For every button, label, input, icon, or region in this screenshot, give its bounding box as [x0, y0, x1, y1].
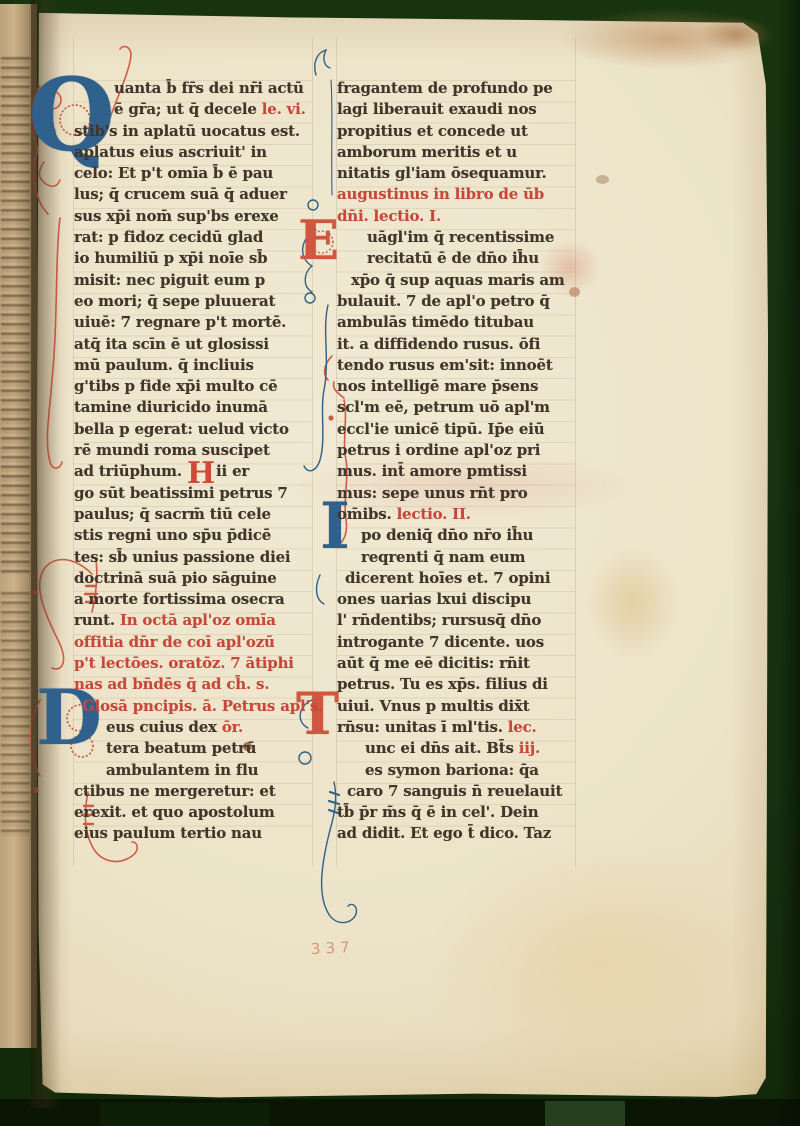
text-line: uāgl'im q̄ recentissime: [337, 227, 577, 248]
text-line: dicerent hoīes et. 7 opini: [337, 568, 577, 589]
text-line: introgante 7 dicente. uos: [337, 632, 577, 653]
book-shadow: [545, 1101, 625, 1126]
text-line: aūt q̄ me eē dicitis: rn̄it: [337, 653, 577, 674]
text-line: l' rn̄dentibs; rursusq̄ dn̄o: [337, 610, 577, 631]
text-line: mū paulum. q̄ incliuis: [74, 355, 314, 376]
body-text: tb̄ p̄r m̄s q̄ ē in cel'. Dein: [337, 803, 538, 821]
body-text: l' rn̄dentibs; rursusq̄ dn̄o: [337, 611, 541, 629]
text-line: ctibus ne mergeretur: et: [74, 781, 314, 802]
text-line: eccl'ie unicē tipū. Ip̄e eiū: [337, 419, 577, 440]
text-line: lus; q̄ crucem suā q̄ aduer: [74, 184, 314, 205]
rubric-text: In octā apl'oz omīa: [120, 611, 276, 629]
body-text: tera beatum petrū: [106, 739, 256, 757]
body-text: ad didit. Et ego t̄ dico. Taz: [337, 824, 551, 842]
body-text: aūt q̄ me eē dicitis: rn̄it: [337, 654, 530, 672]
text-line: ambulantem in flu: [74, 760, 314, 781]
text-line: po deniq̄ dn̄o nr̄o ih̄u: [337, 525, 577, 546]
body-text: ctibus ne mergeretur: et: [74, 782, 275, 800]
text-line: paulus; q̄ sacrm̄ tiū cele: [74, 504, 314, 525]
text-line: atq̄ ita scīn ē ut glosissi: [74, 334, 314, 355]
body-text: aplatus eius ascriuit' in: [74, 143, 267, 161]
body-text: ē gr̄a; ut q̄ decele: [114, 100, 262, 118]
text-line: doctrinā suā pio sāguine: [74, 568, 314, 589]
text-line: recitatū ē de dn̄o ih̄u: [337, 248, 577, 269]
body-text: runt.: [74, 611, 120, 629]
body-text: om̄ibs.: [337, 505, 397, 523]
text-line: dn̄i. lectio. I.: [337, 206, 577, 227]
rubric-text: nas ad bn̄dēs q̄ ad ch̄. s.: [74, 675, 269, 693]
text-line: lagi liberauit exaudi nos: [337, 99, 577, 120]
text-line: fragantem de profundo pe: [337, 78, 577, 99]
facing-page-text-showthrough: [1, 54, 30, 574]
body-text: ambulās timēdo titubau: [337, 313, 534, 331]
body-text: petrus. Tu es xp̄s. filius di: [337, 675, 548, 693]
text-line: tb̄ p̄r m̄s q̄ ē in cel'. Dein: [337, 802, 577, 823]
body-text: dicerent hoīes et. 7 opini: [345, 569, 550, 587]
body-text: bella p egerat: uelud victo: [74, 420, 289, 438]
body-text: uāgl'im q̄ recentissime: [367, 228, 554, 246]
text-line: celo: Et p't omīa b̄ ē pau: [74, 163, 314, 184]
body-text: eius paulum tertio nau: [74, 824, 262, 842]
body-text: mū paulum. q̄ incliuis: [74, 356, 254, 374]
text-line: eius paulum tertio nau: [74, 823, 314, 844]
rubric-text: offitia dn̄r de coī apl'ozū: [74, 633, 275, 651]
body-text: uanta b̄ fr̄s dei nr̄i actū: [114, 79, 304, 97]
body-text: petrus i ordine apl'oz pri: [337, 441, 540, 459]
body-text: eus cuius dex: [106, 718, 222, 736]
body-text: ad triūphum.: [74, 462, 187, 480]
text-line: uiuē: 7 regnare p't mortē.: [74, 312, 314, 333]
body-text: a morte fortissima osecra: [74, 590, 285, 608]
rubric-text: p't lectōes. oratōz. 7 ātiphi: [74, 654, 294, 672]
body-text: introgante 7 dicente. uos: [337, 633, 544, 651]
body-text: rē mundi roma suscipet: [74, 441, 270, 459]
rubric-text: le. vi.: [262, 100, 306, 118]
body-text: atq̄ ita scīn ē ut glosissi: [74, 335, 269, 353]
text-line: aplatus eius ascriuit' in: [74, 142, 314, 163]
body-text: erexit. et quo apostolum: [74, 803, 275, 821]
text-line: amborum meritis et u: [337, 142, 577, 163]
body-text: mus: sepe unus rn̄t pro: [337, 484, 528, 502]
text-line: eo mori; q̄ sepe pluuerat: [74, 291, 314, 312]
body-text: tamine diuricido inumā: [74, 398, 268, 416]
body-text: celo: Et p't omīa b̄ ē pau: [74, 164, 273, 182]
body-text: fragantem de profundo pe: [337, 79, 553, 97]
text-line: unc ei dn̄s ait. Bt̄s iij.: [337, 738, 577, 759]
text-line: rn̄su: unitas ī ml'tis. lec.: [337, 717, 577, 738]
body-text: caro 7 sanguis n̄ reuelauit: [347, 782, 562, 800]
body-text: nos intelligē mare p̄sens: [337, 377, 538, 395]
text-column-left: uanta b̄ fr̄s dei nr̄i actūē gr̄a; ut q̄…: [74, 78, 314, 845]
text-line: misit: nec piguit eum p: [74, 270, 314, 291]
body-text: stib's in aplatū uocatus est.: [74, 122, 300, 140]
text-line: bella p egerat: uelud victo: [74, 419, 314, 440]
text-line: nas ad bn̄dēs q̄ ad ch̄. s.: [74, 674, 314, 695]
body-text: propitius et concede ut: [337, 122, 528, 140]
body-text: unc ei dn̄s ait. Bt̄s: [365, 739, 519, 757]
body-text: tendo rusus em'sit: innoēt: [337, 356, 553, 374]
rubric-text: augustinus in libro de ūb: [337, 185, 544, 203]
text-line: ad triūphum. Hii er: [74, 461, 314, 482]
rubric-text: lec.: [508, 718, 537, 736]
text-line: uanta b̄ fr̄s dei nr̄i actū: [74, 78, 314, 99]
text-line: es symon bariona: q̄a: [337, 760, 577, 781]
text-line: offitia dn̄r de coī apl'ozū: [74, 632, 314, 653]
body-text: mus. int̄ amore pmtissi: [337, 462, 527, 480]
body-text: reqrenti q̄ nam eum: [361, 548, 525, 566]
body-text: eo mori; q̄ sepe pluuerat: [74, 292, 275, 310]
body-text: rat: p fidoz cecidū glad: [74, 228, 263, 246]
body-text: sus xp̄i nom̄ sup'bs erexe: [74, 207, 279, 225]
text-line: petrus i ordine apl'oz pri: [337, 440, 577, 461]
body-text: po deniq̄ dn̄o nr̄o ih̄u: [361, 526, 533, 544]
text-line: stis regni uno sp̄u p̄dicē: [74, 525, 314, 546]
body-text: uiuē: 7 regnare p't mortē.: [74, 313, 286, 331]
text-line: ad didit. Et ego t̄ dico. Taz: [337, 823, 577, 844]
text-line: caro 7 sanguis n̄ reuelauit: [337, 781, 577, 802]
text-line: reqrenti q̄ nam eum: [337, 547, 577, 568]
rubric-text: lectio. II.: [397, 505, 471, 523]
text-line: scl'm eē, petrum uō apl'm: [337, 397, 577, 418]
body-text: g'tibs p fide xp̄i multo cē: [74, 377, 277, 395]
rubric-text: iij.: [519, 739, 540, 757]
body-text: ii er: [216, 462, 249, 480]
folio-number: 337: [311, 938, 356, 958]
body-text: xp̄o q̄ sup aquas maris am: [351, 271, 565, 289]
body-text: recitatū ē de dn̄o ih̄u: [367, 249, 539, 267]
text-line: mus. int̄ amore pmtissi: [337, 461, 577, 482]
body-text: tes: sb̄ unius passione diei: [74, 548, 290, 566]
manuscript-photo: uanta b̄ fr̄s dei nr̄i actūē gr̄a; ut q̄…: [0, 0, 800, 1126]
rubric-text: dn̄i. lectio. I.: [337, 207, 441, 225]
text-line: tamine diuricido inumā: [74, 397, 314, 418]
rubric-text: ōr.: [222, 718, 243, 736]
text-line: a morte fortissima osecra: [74, 589, 314, 610]
body-text: misit: nec piguit eum p: [74, 271, 265, 289]
body-text: rn̄su: unitas ī ml'tis.: [337, 718, 508, 736]
text-line: stib's in aplatū uocatus est.: [74, 121, 314, 142]
body-text: bulauit. 7 de apl'o petro q̄: [337, 292, 550, 310]
body-text: go sūt beatissimi petrus 7: [74, 484, 288, 502]
text-line: runt. In octā apl'oz omīa: [74, 610, 314, 631]
text-line: Glosā pncipis. ā. Petrus apl's.: [74, 696, 314, 717]
body-text: paulus; q̄ sacrm̄ tiū cele: [74, 505, 271, 523]
text-line: bulauit. 7 de apl'o petro q̄: [337, 291, 577, 312]
text-line: nos intelligē mare p̄sens: [337, 376, 577, 397]
body-text: es symon bariona: q̄a: [365, 761, 539, 779]
body-text: amborum meritis et u: [337, 143, 517, 161]
body-text: ambulantem in flu: [106, 761, 258, 779]
body-text: io humiliū p xp̄i noīe sb̄: [74, 249, 267, 267]
text-line: p't lectōes. oratōz. 7 ātiphi: [74, 653, 314, 674]
text-line: go sūt beatissimi petrus 7: [74, 483, 314, 504]
body-text: ones uarias lxui discipu: [337, 590, 531, 608]
text-line: it. a diffidendo rusus. ōfi: [337, 334, 577, 355]
facing-page-text-showthrough: [1, 589, 30, 839]
body-text: stis regni uno sp̄u p̄dicē: [74, 526, 271, 544]
text-line: eus cuius dex ōr.: [74, 717, 314, 738]
text-line: ambulās timēdo titubau: [337, 312, 577, 333]
body-text: nitatis gl'iam ōsequamur.: [337, 164, 546, 182]
book-shadow: [100, 1103, 270, 1126]
text-line: tendo rusus em'sit: innoēt: [337, 355, 577, 376]
text-line: tera beatum petrū: [74, 738, 314, 759]
text-line: propitius et concede ut: [337, 121, 577, 142]
text-line: om̄ibs. lectio. II.: [337, 504, 577, 525]
text-line: tes: sb̄ unius passione diei: [74, 547, 314, 568]
text-line: rat: p fidoz cecidū glad: [74, 227, 314, 248]
body-text: doctrinā suā pio sāguine: [74, 569, 277, 587]
text-line: io humiliū p xp̄i noīe sb̄: [74, 248, 314, 269]
body-text: scl'm eē, petrum uō apl'm: [337, 398, 550, 416]
body-text: eccl'ie unicē tipū. Ip̄e eiū: [337, 420, 544, 438]
text-line: sus xp̄i nom̄ sup'bs erexe: [74, 206, 314, 227]
text-line: petrus. Tu es xp̄s. filius di: [337, 674, 577, 695]
text-line: xp̄o q̄ sup aquas maris am: [337, 270, 577, 291]
text-line: ones uarias lxui discipu: [337, 589, 577, 610]
text-line: mus: sepe unus rn̄t pro: [337, 483, 577, 504]
text-line: erexit. et quo apostolum: [74, 802, 314, 823]
body-text: lus; q̄ crucem suā q̄ aduer: [74, 185, 287, 203]
body-text: lagi liberauit exaudi nos: [337, 100, 537, 118]
text-line: augustinus in libro de ūb: [337, 184, 577, 205]
body-text: uiui. Vnus p multis dix̄t: [337, 697, 530, 715]
text-line: ē gr̄a; ut q̄ decele le. vi.: [74, 99, 314, 120]
text-column-right: fragantem de profundo pelagi liberauit e…: [337, 78, 577, 845]
text-line: nitatis gl'iam ōsequamur.: [337, 163, 577, 184]
text-line: g'tibs p fide xp̄i multo cē: [74, 376, 314, 397]
text-line: uiui. Vnus p multis dix̄t: [337, 696, 577, 717]
body-text: it. a diffidendo rusus. ōfi: [337, 335, 540, 353]
rubric-text: Glosā pncipis. ā. Petrus apl's.: [82, 697, 323, 715]
photo-vignette: [778, 0, 800, 1126]
